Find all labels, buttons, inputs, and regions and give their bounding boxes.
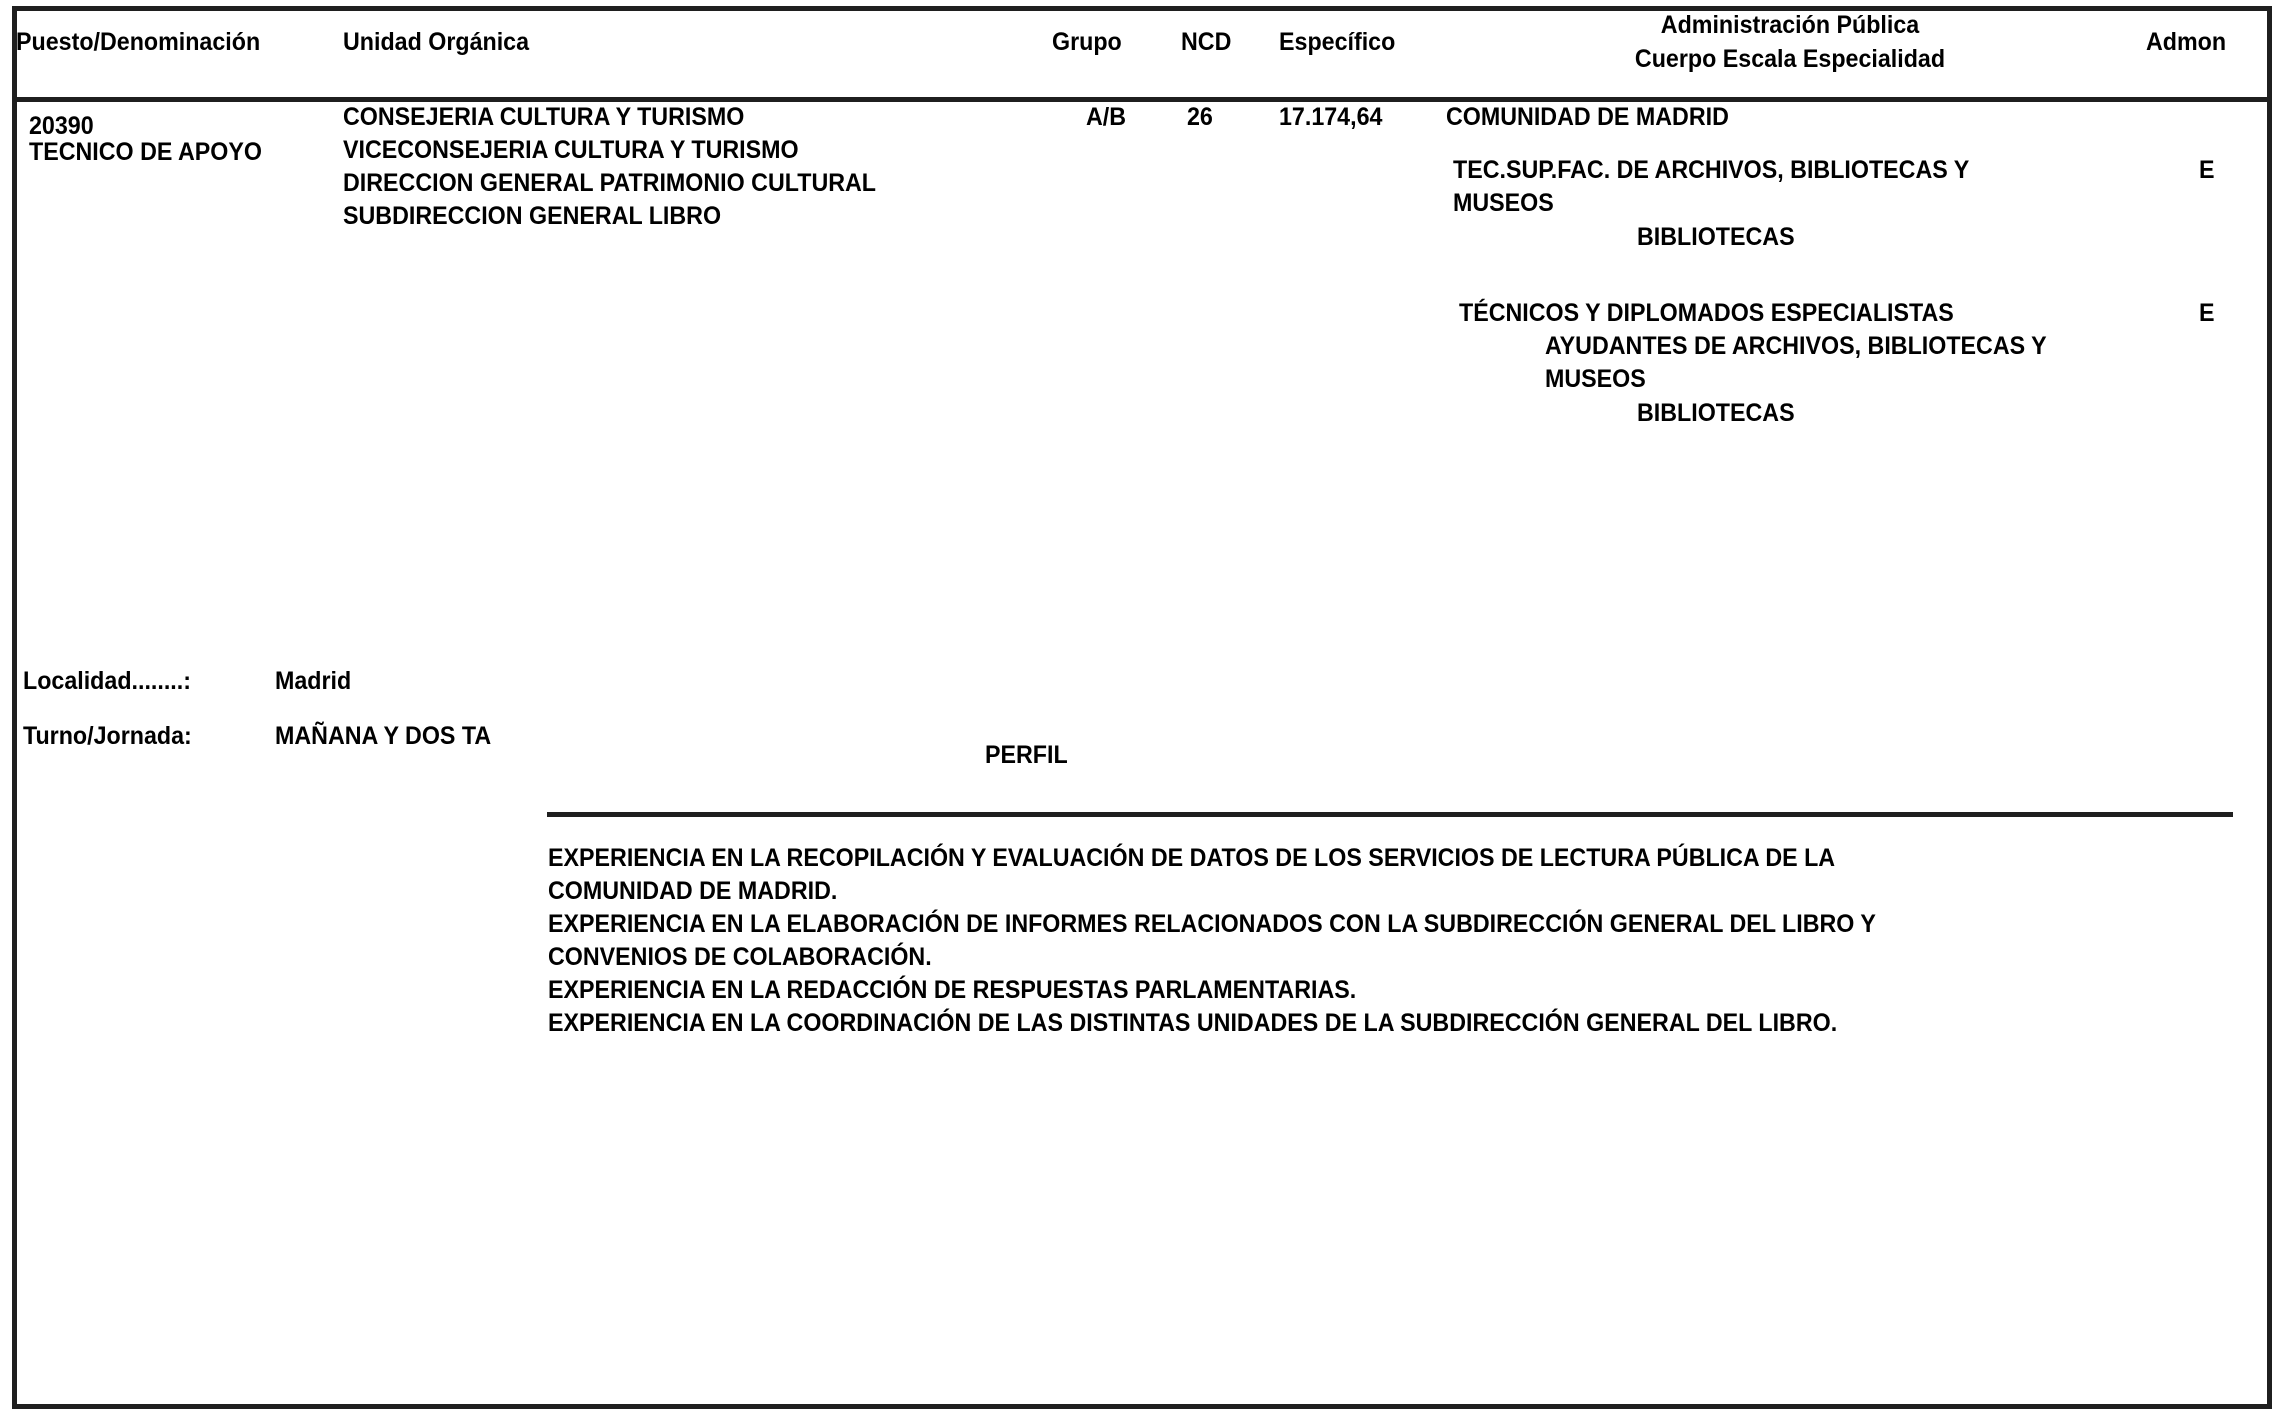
grupo-value: A/B [1086,101,1126,134]
cuerpo-2-especialidad: BIBLIOTECAS [1637,397,1795,430]
header-grupo: Grupo [1052,26,1122,59]
localidad-label: Localidad........: [23,665,191,698]
header-unidad: Unidad Orgánica [343,26,529,59]
localidad-value: Madrid [275,665,351,698]
especifico-value: 17.174,64 [1279,101,1382,134]
cuerpo-2-cuerpo: TÉCNICOS Y DIPLOMADOS ESPECIALISTAS [1459,297,1954,330]
turno-label: Turno/Jornada: [23,720,192,753]
perfil-line: EXPERIENCIA EN LA ELABORACIÓN DE INFORME… [548,908,1876,941]
perfil-rule [547,812,2233,817]
header-admon: Admon [2146,26,2226,59]
unidad-organica: CONSEJERIA CULTURA Y TURISMO VICECONSEJE… [343,101,876,233]
header-cuerpo-escala-especialidad: Cuerpo Escala Especialidad [1558,43,2023,76]
perfil-title: PERFIL [985,739,1068,772]
unidad-line: SUBDIRECCION GENERAL LIBRO [343,200,876,233]
cuerpo-1-admon: E [2199,154,2215,187]
cuerpo-1-especialidad: BIBLIOTECAS [1637,221,1795,254]
header-especifico: Específico [1279,26,1395,59]
perfil-text: EXPERIENCIA EN LA RECOPILACIÓN Y EVALUAC… [548,842,1876,1040]
cuerpo-2-admon: E [2199,297,2215,330]
unidad-line: CONSEJERIA CULTURA Y TURISMO [343,101,876,134]
perfil-line: EXPERIENCIA EN LA REDACCIÓN DE RESPUESTA… [548,974,1876,1007]
turno-value: MAÑANA Y DOS TA [275,720,491,753]
perfil-line: CONVENIOS DE COLABORACIÓN. [548,941,1876,974]
administracion-value: COMUNIDAD DE MADRID [1446,101,1729,134]
header-puesto: Puesto/Denominación [16,26,260,59]
cuerpo-2-escala-line2: MUSEOS [1545,363,1646,396]
header-administracion: Administración Pública [1558,9,2023,42]
header-ncd: NCD [1181,26,1231,59]
perfil-line: EXPERIENCIA EN LA RECOPILACIÓN Y EVALUAC… [548,842,1876,875]
unidad-line: VICECONSEJERIA CULTURA Y TURISMO [343,134,876,167]
perfil-line: EXPERIENCIA EN LA COORDINACIÓN DE LAS DI… [548,1007,1876,1040]
cuerpo-1-line1: TEC.SUP.FAC. DE ARCHIVOS, BIBLIOTECAS Y [1453,154,1969,187]
cuerpo-1-line2: MUSEOS [1453,187,1554,220]
cuerpo-2-escala-line1: AYUDANTES DE ARCHIVOS, BIBLIOTECAS Y [1545,330,2047,363]
perfil-line: COMUNIDAD DE MADRID. [548,875,1876,908]
unidad-line: DIRECCION GENERAL PATRIMONIO CULTURAL [343,167,876,200]
ncd-value: 26 [1187,101,1213,134]
puesto-name: TECNICO DE APOYO [29,136,262,169]
